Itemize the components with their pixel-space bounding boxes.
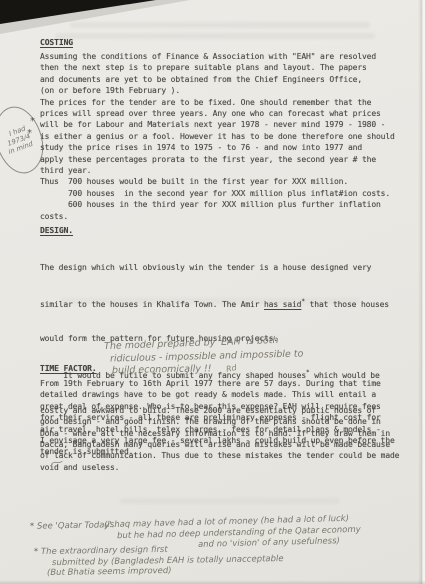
typed-line: and documents are yet to be obtained fro…: [40, 74, 395, 85]
typed-line: for their services - all these are preli…: [40, 412, 395, 423]
handwritten-initials: Rd: [224, 361, 237, 376]
margin-asterisk: *: [27, 128, 32, 139]
footnote-1-paren-line: and no 'vision' of any usefulness): [198, 536, 340, 551]
typed-line: detailed drawings have to be got ready &…: [40, 389, 395, 400]
typed-line: I envisage a very large fee - several la…: [40, 435, 395, 446]
asterisk-mark: *: [34, 547, 38, 557]
amir-line-post: that those houses: [305, 300, 389, 309]
typed-line: The design which will obviously win the …: [40, 262, 399, 273]
typed-line: is either a genius or a fool. However it…: [40, 131, 395, 142]
typed-line: 600 houses in the third year for XXX mil…: [40, 199, 395, 210]
typed-line: (on or before 19th February ).: [40, 85, 395, 96]
scan-corner-shadow: [0, 0, 156, 24]
typed-line: From 19th February to 16th April 1977 th…: [40, 378, 395, 389]
typed-line: study the price rises in 1974 to 1975 - …: [40, 142, 395, 153]
typed-line: prices will spread over three years. Any…: [40, 108, 395, 119]
scanned-document-page: I had 1973/4 in mind * * COSTING Assumin…: [0, 0, 425, 584]
margin-asterisk: *: [30, 116, 35, 127]
section-heading-design: DESIGN.: [40, 226, 73, 235]
amir-line-pre: similar to the houses in Khalifa Town. T…: [40, 300, 264, 309]
typed-line: void and useless.: [40, 462, 399, 473]
typed-line: costs.: [40, 211, 395, 222]
typed-line: 700 houses in the second year for XXX mi…: [40, 188, 395, 199]
pencil-squiggle: ~: [49, 455, 64, 470]
typed-line: then the next step is to prepare suitabl…: [40, 62, 395, 73]
bleed-through-line: [55, 33, 375, 39]
section-heading-costing: COSTING: [40, 38, 73, 47]
typed-line: Thus 700 houses would be built in the fi…: [40, 176, 395, 187]
bleed-through-line: [120, 498, 340, 504]
typed-line: great deal of expense. Who is to bear th…: [40, 401, 395, 412]
footnote-1-text: See 'Qatar Today'.: [37, 520, 115, 531]
footnote-1: * See 'Qatar Today'.: [30, 520, 115, 532]
asterisk-mark: *: [30, 522, 34, 532]
bleed-through-line: [70, 22, 370, 28]
footnote-2-line: (But Bhatia seems improved): [47, 566, 172, 579]
typed-line: will be for Labour and Materials next ye…: [40, 119, 395, 130]
typed-line: apply these percentages prorata to the f…: [40, 154, 395, 165]
typed-line: third year.: [40, 165, 395, 176]
typed-line-amir: similar to the houses in Khalifa Town. T…: [40, 296, 399, 310]
time-factor-paragraph: From 19th February to 16th April 1977 th…: [40, 378, 395, 458]
amir-line-underlined: has said: [264, 300, 301, 309]
typed-line: The prices for the tender are to be fixe…: [40, 97, 395, 108]
handwritten-note-line: build economically !!Rd: [112, 362, 236, 377]
typed-line: tender is submitted.: [40, 446, 395, 457]
handwritten-note-text: build economically !!: [112, 363, 212, 376]
typed-line: Assuming the conditions of Finance & Ass…: [40, 51, 395, 62]
section-heading-time-factor: TIME FACTOR.: [40, 364, 97, 373]
costing-paragraph: Assuming the conditions of Finance & Ass…: [40, 51, 395, 222]
page-bottom-edge: [0, 580, 425, 584]
typed-line: air travel, hotel bills, telex charges -…: [40, 424, 395, 435]
footnote-2-text: The extraordinary design first: [41, 545, 168, 557]
page-right-edge: [418, 0, 425, 584]
